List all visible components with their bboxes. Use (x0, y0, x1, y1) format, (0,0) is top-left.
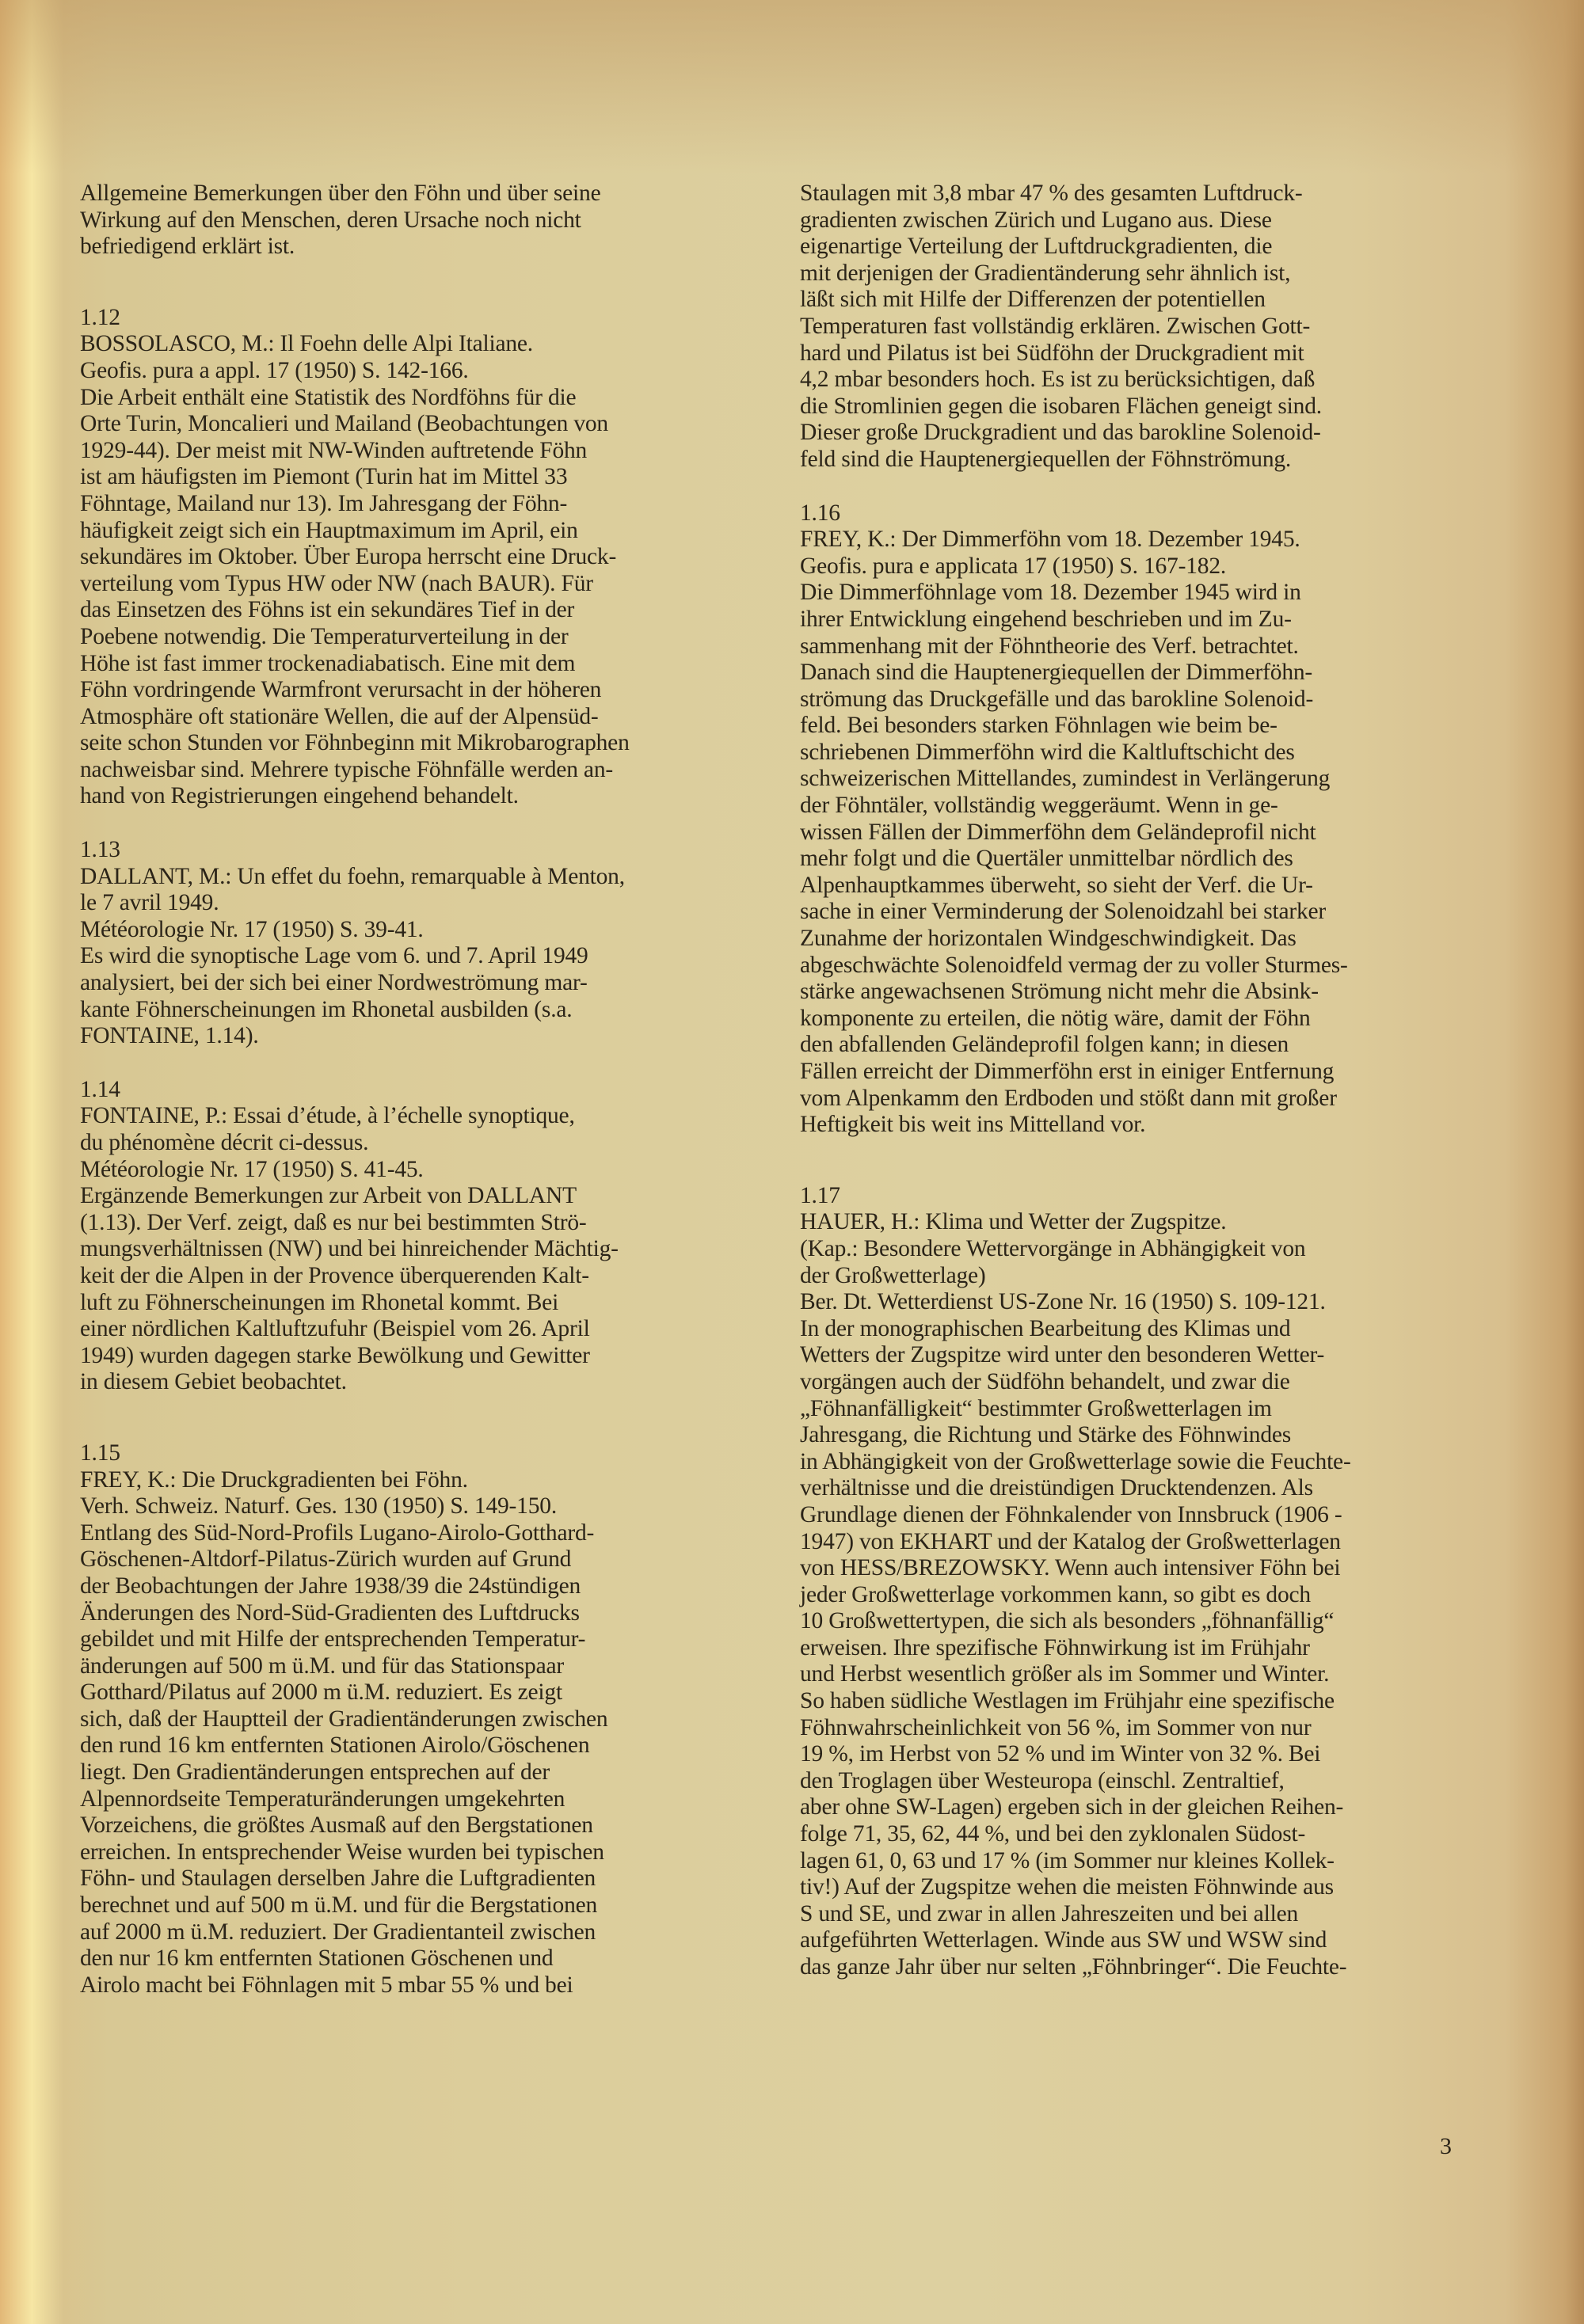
text-line: 1949) wurden dagegen starke Bewölkung un… (80, 1343, 777, 1370)
entry-source: Verh. Schweiz. Naturf. Ges. 130 (1950) S… (80, 1493, 777, 1520)
text-line: 19 %, im Herbst von 52 % und im Winter v… (800, 1741, 1497, 1768)
text-line: So haben südliche Westlagen im Frühjahr … (800, 1688, 1497, 1715)
bibliography-entry-1-15: 1.15 FREY, K.: Die Druckgradienten bei F… (80, 1440, 777, 1999)
text-line: hand von Registrierungen eingehend behan… (80, 783, 777, 810)
text-line: auf 2000 m ü.M. reduziert. Der Gradienta… (80, 1919, 777, 1946)
text-line: eigenartige Verteilung der Luftdruckgrad… (800, 234, 1497, 261)
text-line: Poebene notwendig. Die Temperaturverteil… (80, 624, 777, 651)
text-line: ihrer Entwicklung eingehend beschrieben … (800, 607, 1497, 633)
text-line: Föhnwahrscheinlichkeit von 56 %, im Somm… (800, 1715, 1497, 1742)
text-line: jeder Großwetterlage vorkommen kann, so … (800, 1582, 1497, 1609)
intro-paragraph: Allgemeine Bemerkungen über den Föhn und… (80, 181, 777, 261)
text-line: lagen 61, 0, 63 und 17 % (im Sommer nur … (800, 1848, 1497, 1875)
text-line: Jahresgang, die Richtung und Stärke des … (800, 1422, 1497, 1449)
text-line: vorgängen auch der Südföhn behandelt, un… (800, 1369, 1497, 1396)
text-line: Orte Turin, Moncalieri und Mailand (Beob… (80, 411, 777, 438)
bibliography-entry-1-13: 1.13 DALLANT, M.: Un effet du foehn, rem… (80, 837, 777, 1050)
text-line: Allgemeine Bemerkungen über den Föhn und… (80, 181, 777, 207)
text-line: die Stromlinien gegen die isobaren Fläch… (800, 394, 1497, 420)
entry-number: 1.14 (80, 1077, 777, 1104)
text-line: Höhe ist fast immer trockenadiabatisch. … (80, 651, 777, 678)
entry-citation: DALLANT, M.: Un effet du foehn, remarqua… (80, 864, 777, 891)
text-line: feld sind die Hauptenergiequellen der Fö… (800, 447, 1497, 474)
text-line: Änderungen des Nord-Süd-Gradienten des L… (80, 1600, 777, 1627)
text-line: sammenhang mit der Föhntheorie des Verf.… (800, 633, 1497, 660)
text-line: Alpenhauptkammes überweht, so sieht der … (800, 873, 1497, 900)
text-line: ist am häufigsten im Piemont (Turin hat … (80, 464, 777, 491)
entry-citation: le 7 avril 1949. (80, 890, 777, 917)
text-line: Zunahme der horizontalen Windgeschwindig… (800, 926, 1497, 953)
text-line: aufgeführten Wetterlagen. Winde aus SW u… (800, 1927, 1497, 1954)
text-line: sekundäres im Oktober. Über Europa herrs… (80, 544, 777, 571)
text-line: Föhn vordringende Warmfront verursacht i… (80, 677, 777, 704)
entry-citation: BOSSOLASCO, M.: Il Foehn delle Alpi Ital… (80, 331, 777, 358)
text-line: aber ohne SW-Lagen) ergeben sich in der … (800, 1794, 1497, 1821)
text-line: in Abhängigkeit von der Großwetterlage s… (800, 1449, 1497, 1476)
text-line: 4,2 mbar besonders hoch. Es ist zu berüc… (800, 367, 1497, 394)
entry-number: 1.16 (800, 500, 1497, 527)
text-line: abgeschwächte Solenoidfeld vermag der zu… (800, 953, 1497, 979)
text-line: Gotthard/Pilatus auf 2000 m ü.M. reduzie… (80, 1679, 777, 1706)
text-line: schweizerischen Mittellandes, zumindest … (800, 766, 1497, 793)
text-line: mungsverhältnissen (NW) und bei hinreich… (80, 1236, 777, 1263)
text-line: Heftigkeit bis weit ins Mittelland vor. (800, 1112, 1497, 1139)
text-line: sich, daß der Hauptteil der Gradientände… (80, 1706, 777, 1733)
entry-number: 1.12 (80, 305, 777, 332)
text-line: Die Arbeit enthält eine Statistik des No… (80, 385, 777, 412)
text-line: (1.13). Der Verf. zeigt, daß es nur bei … (80, 1210, 777, 1237)
text-line: mit derjenigen der Gradientänderung sehr… (800, 261, 1497, 287)
page-top-shading (0, 0, 1584, 174)
text-line: tiv!) Auf der Zugspitze wehen die meiste… (800, 1874, 1497, 1901)
text-line: 1947) von EKHART und der Katalog der Gro… (800, 1529, 1497, 1556)
bibliography-entry-1-12: 1.12 BOSSOLASCO, M.: Il Foehn delle Alpi… (80, 305, 777, 810)
text-line: den rund 16 km entfernten Stationen Airo… (80, 1733, 777, 1759)
entry-source: Geofis. pura e applicata 17 (1950) S. 16… (800, 553, 1497, 580)
entry-number: 1.13 (80, 837, 777, 864)
text-line: Föhntage, Mailand nur 13). Im Jahresgang… (80, 491, 777, 518)
text-line: Atmosphäre oft stationäre Wellen, die au… (80, 704, 777, 731)
text-line: berechnet und auf 500 m ü.M. und für die… (80, 1892, 777, 1919)
entry-source: Ber. Dt. Wetterdienst US-Zone Nr. 16 (19… (800, 1289, 1497, 1316)
bibliography-entry-1-17: 1.17 HAUER, H.: Klima und Wetter der Zug… (800, 1183, 1497, 1981)
text-line: befriedigend erklärt ist. (80, 234, 777, 261)
bibliography-entry-1-14: 1.14 FONTAINE, P.: Essai d’étude, à l’éc… (80, 1077, 777, 1396)
text-line: Dieser große Druckgradient und das barok… (800, 420, 1497, 447)
text-line: liegt. Den Gradientänderungen entspreche… (80, 1759, 777, 1786)
text-line: Es wird die synoptische Lage vom 6. und … (80, 943, 777, 970)
text-line: der Föhntäler, vollständig weggeräumt. W… (800, 793, 1497, 820)
text-line: gebildet und mit Hilfe der entsprechende… (80, 1626, 777, 1653)
continuation-paragraph: Staulagen mit 3,8 mbar 47 % des gesamten… (800, 181, 1497, 474)
text-line: das Einsetzen des Föhns ist ein sekundär… (80, 597, 777, 624)
right-column: Staulagen mit 3,8 mbar 47 % des gesamten… (800, 181, 1497, 1981)
text-line: komponente zu erteilen, die nötig wäre, … (800, 1006, 1497, 1033)
text-line: feld. Bei besonders starken Föhnlagen wi… (800, 713, 1497, 740)
text-line: Wetters der Zugspitze wird unter den bes… (800, 1342, 1497, 1369)
text-line: Wirkung auf den Menschen, deren Ursache … (80, 207, 777, 234)
text-line: erweisen. Ihre spezifische Föhnwirkung i… (800, 1635, 1497, 1662)
text-line: in diesem Gebiet beobachtet. (80, 1369, 777, 1396)
text-line: Temperaturen fast vollständig erklären. … (800, 314, 1497, 340)
entry-citation: FONTAINE, P.: Essai d’étude, à l’échelle… (80, 1103, 777, 1130)
text-line: luft zu Föhnerscheinungen im Rhonetal ko… (80, 1290, 777, 1317)
entry-source: Météorologie Nr. 17 (1950) S. 41-45. (80, 1157, 777, 1184)
text-line: mehr folgt und die Quertäler unmittelbar… (800, 846, 1497, 873)
page-number: 3 (1440, 2133, 1452, 2160)
text-line: Göschenen-Altdorf-Pilatus-Zürich wurden … (80, 1546, 777, 1573)
text-line: Danach sind die Hauptenergiequellen der … (800, 660, 1497, 687)
text-line: Die Dimmerföhnlage vom 18. Dezember 1945… (800, 580, 1497, 607)
text-line: folge 71, 35, 62, 44 %, und bei den zykl… (800, 1821, 1497, 1848)
text-line: 10 Großwettertypen, die sich als besonde… (800, 1608, 1497, 1635)
text-line: analysiert, bei der sich bei einer Nordw… (80, 970, 777, 997)
text-line: Airolo macht bei Föhnlagen mit 5 mbar 55… (80, 1972, 777, 1999)
text-line: änderungen auf 500 m ü.M. und für das St… (80, 1653, 777, 1680)
text-line: Grundlage dienen der Föhnkalender von In… (800, 1502, 1497, 1529)
text-line: und Herbst wesentlich größer als im Somm… (800, 1661, 1497, 1688)
entry-citation: (Kap.: Besondere Wettervorgänge in Abhän… (800, 1236, 1497, 1263)
text-line: „Föhnanfälligkeit“ bestimmter Großwetter… (800, 1396, 1497, 1423)
text-line: In der monographischen Bearbeitung des K… (800, 1316, 1497, 1343)
text-line: schriebenen Dimmerföhn wird die Kaltluft… (800, 740, 1497, 766)
text-line: läßt sich mit Hilfe der Differenzen der … (800, 287, 1497, 314)
text-line: stärke angewachsenen Strömung nicht mehr… (800, 979, 1497, 1006)
text-line: verhältnisse und die dreistündigen Druck… (800, 1475, 1497, 1502)
text-line: den abfallenden Geländeprofil folgen kan… (800, 1032, 1497, 1059)
entry-citation: FREY, K.: Die Druckgradienten bei Föhn. (80, 1467, 777, 1494)
left-column: Allgemeine Bemerkungen über den Föhn und… (80, 181, 777, 1999)
text-line: den nur 16 km entfernten Stationen Gösch… (80, 1946, 777, 1972)
bibliography-entry-1-16: 1.16 FREY, K.: Der Dimmerföhn vom 18. De… (800, 500, 1497, 1139)
text-line: nachweisbar sind. Mehrere typische Föhnf… (80, 757, 777, 784)
text-line: keit der die Alpen in der Provence überq… (80, 1263, 777, 1290)
text-line: der Beobachtungen der Jahre 1938/39 die … (80, 1573, 777, 1600)
entry-citation: HAUER, H.: Klima und Wetter der Zugspitz… (800, 1209, 1497, 1236)
text-line: Ergänzende Bemerkungen zur Arbeit von DA… (80, 1183, 777, 1210)
entry-citation: der Großwetterlage) (800, 1263, 1497, 1290)
text-line: Föhn- und Staulagen derselben Jahre die … (80, 1866, 777, 1892)
text-line: Staulagen mit 3,8 mbar 47 % des gesamten… (800, 181, 1497, 207)
entry-number: 1.15 (80, 1440, 777, 1467)
text-line: kante Föhnerscheinungen im Rhonetal ausb… (80, 997, 777, 1024)
text-line: einer nördlichen Kaltluftzufuhr (Beispie… (80, 1316, 777, 1343)
entry-citation: FREY, K.: Der Dimmerföhn vom 18. Dezembe… (800, 527, 1497, 553)
text-line: erreichen. In entsprechender Weise wurde… (80, 1839, 777, 1866)
text-line: Entlang des Süd-Nord-Profils Lugano-Airo… (80, 1520, 777, 1547)
text-line: von HESS/BREZOWSKY. Wenn auch intensiver… (800, 1555, 1497, 1582)
text-line: 1929-44). Der meist mit NW-Winden auftre… (80, 438, 777, 465)
text-line: FONTAINE, 1.14). (80, 1023, 777, 1050)
entry-citation: du phénomène décrit ci-dessus. (80, 1130, 777, 1157)
text-line: wissen Fällen der Dimmerföhn dem Gelände… (800, 820, 1497, 846)
text-line: vom Alpenkamm den Erdboden und stößt dan… (800, 1086, 1497, 1113)
text-line: verteilung vom Typus HW oder NW (nach BA… (80, 571, 777, 598)
entry-source: Météorologie Nr. 17 (1950) S. 39-41. (80, 917, 777, 944)
entry-source: Geofis. pura a appl. 17 (1950) S. 142-16… (80, 358, 777, 385)
text-line: seite schon Stunden vor Föhnbeginn mit M… (80, 730, 777, 757)
text-line: sache in einer Verminderung der Solenoid… (800, 899, 1497, 926)
text-line: hard und Pilatus ist bei Südföhn der Dru… (800, 340, 1497, 367)
text-line: Alpennordseite Temperaturänderungen umge… (80, 1786, 777, 1813)
text-line: Fällen erreicht der Dimmerföhn erst in e… (800, 1059, 1497, 1086)
text-line: gradienten zwischen Zürich und Lugano au… (800, 207, 1497, 234)
entry-number: 1.17 (800, 1183, 1497, 1210)
text-line: den Troglagen über Westeuropa (einschl. … (800, 1768, 1497, 1795)
text-line: strömung das Druckgefälle und das barokl… (800, 687, 1497, 713)
text-line: das ganze Jahr über nur selten „Föhnbrin… (800, 1954, 1497, 1981)
text-line: Vorzeichens, die größtes Ausmaß auf den … (80, 1812, 777, 1839)
text-line: häufigkeit zeigt sich ein Hauptmaximum i… (80, 518, 777, 545)
text-line: S und SE, und zwar in allen Jahreszeiten… (800, 1901, 1497, 1928)
